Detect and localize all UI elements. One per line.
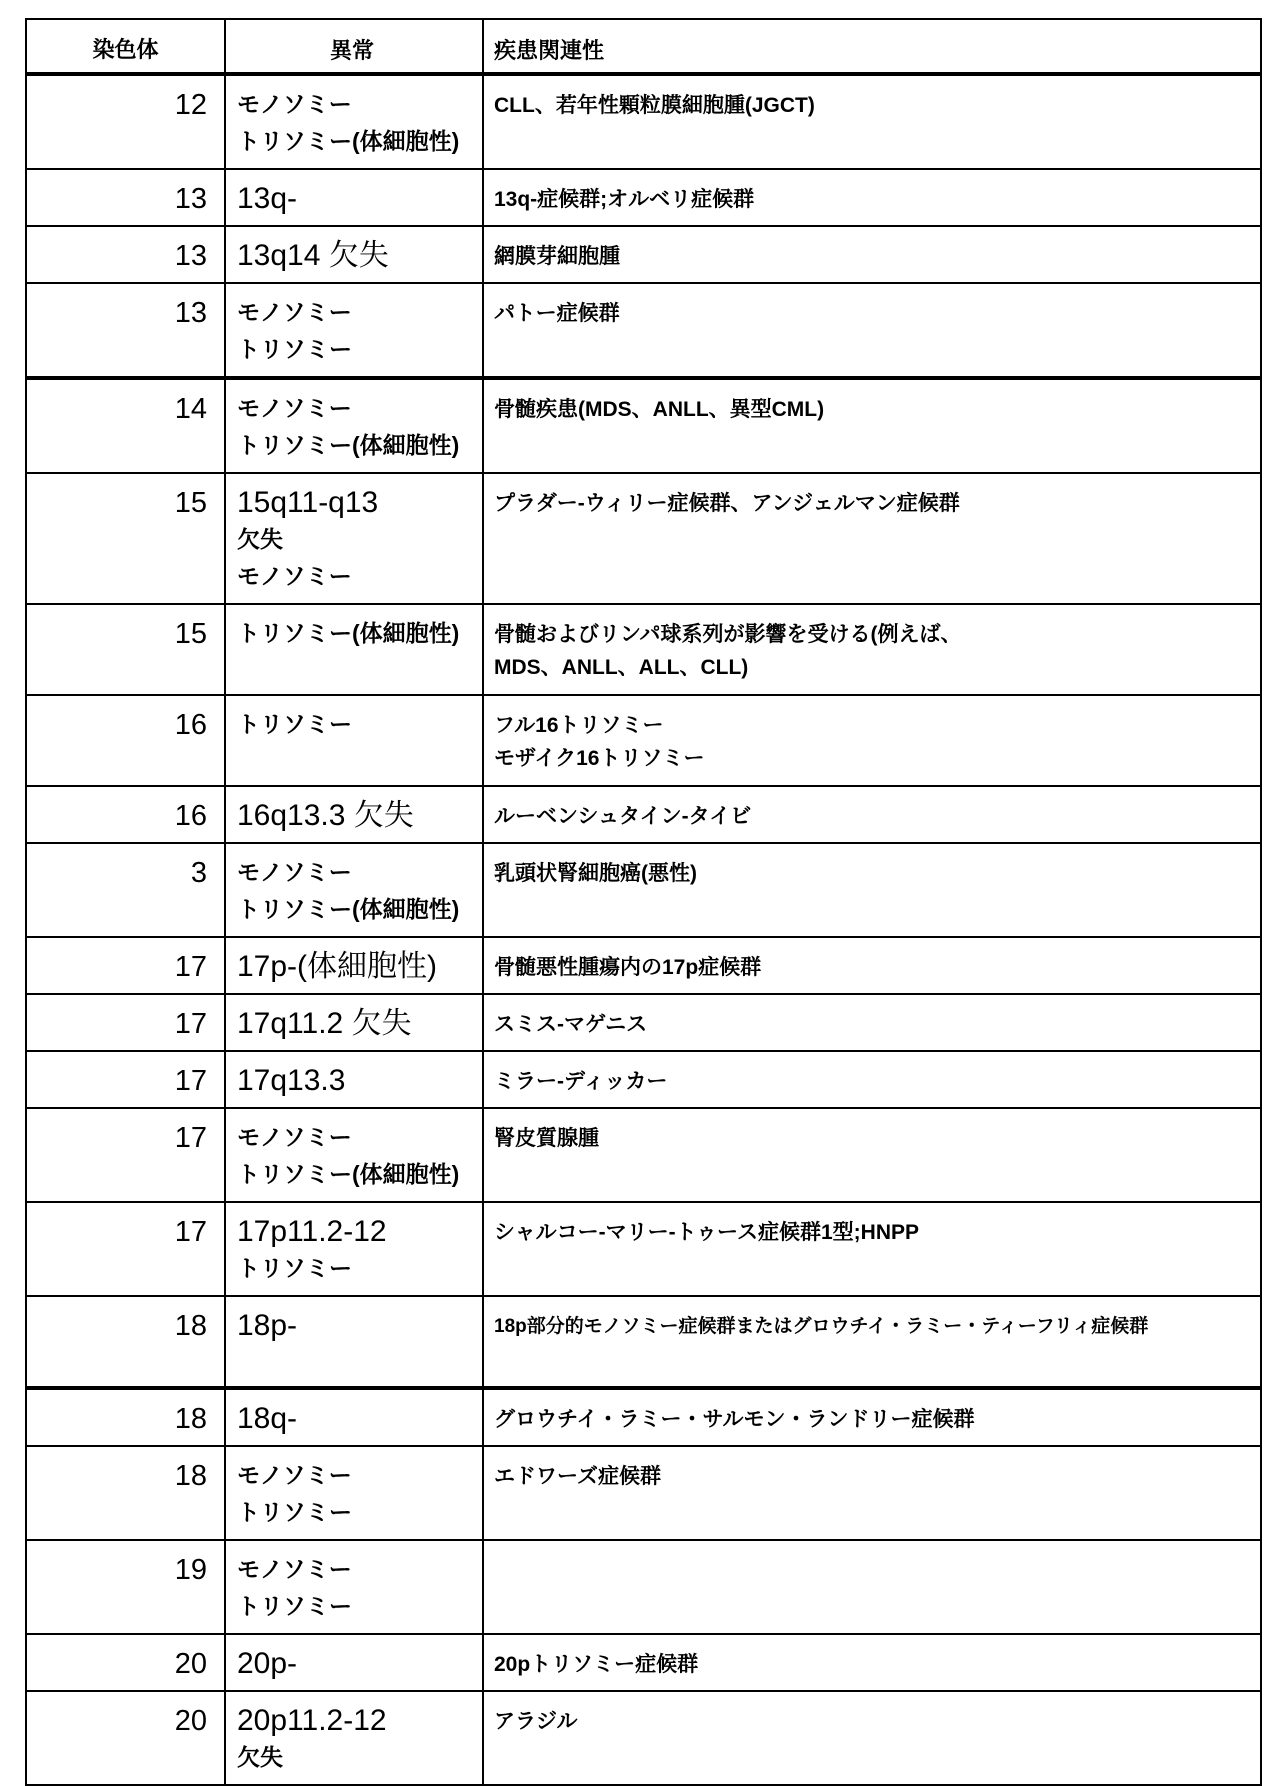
disease-line: 乳頭状腎細胞癌(悪性)	[494, 857, 1256, 890]
disease-cell: パトー症候群	[482, 284, 1260, 376]
chromosome-cell: 18	[27, 1297, 224, 1386]
abnormality-line: 20p-	[237, 1645, 478, 1682]
disease-cell: 20pトリソミー症候群	[482, 1635, 1260, 1690]
table-row: 1717p-(体細胞性)骨髄悪性腫瘍内の17p症候群	[27, 936, 1260, 993]
abnormality-cell: モノソミートリソミー	[224, 1541, 482, 1633]
abnormality-cell: 13q-	[224, 170, 482, 225]
abnormality-line: 15q11-q13	[237, 484, 478, 521]
column-header-abnormality: 異常	[224, 20, 482, 72]
abnormality-line: トリソミー	[237, 1588, 478, 1625]
abnormality-cell: 17p11.2-12トリソミー	[224, 1203, 482, 1295]
abnormality-line: 17p-(体細胞性)	[237, 948, 478, 985]
disease-cell: シャルコー-マリー-トゥース症候群1型;HNPP	[482, 1203, 1260, 1295]
disease-line: ミラー-ディッカー	[494, 1065, 1256, 1098]
disease-line: MDS、ANLL、ALL、CLL)	[494, 651, 1256, 684]
chromosome-cell: 17	[27, 1109, 224, 1201]
disease-line: スミス-マゲニス	[494, 1008, 1256, 1041]
disease-cell: 骨髄疾患(MDS、ANLL、異型CML)	[482, 380, 1260, 472]
chromosome-cell: 18	[27, 1447, 224, 1539]
abnormality-cell: 15q11-q13欠失モノソミー	[224, 474, 482, 603]
abnormality-line: 13q14 欠失	[237, 237, 478, 274]
disease-cell: ミラー-ディッカー	[482, 1052, 1260, 1107]
abnormality-cell: 20p11.2-12欠失	[224, 1692, 482, 1784]
chromosome-cell: 13	[27, 227, 224, 282]
chromosome-cell: 17	[27, 938, 224, 993]
disease-line: 骨髄悪性腫瘍内の17p症候群	[494, 951, 1256, 984]
chromosome-cell: 17	[27, 995, 224, 1050]
abnormality-cell: 18q-	[224, 1390, 482, 1445]
chromosome-cell: 20	[27, 1635, 224, 1690]
abnormality-line: モノソミー	[237, 294, 478, 331]
abnormality-line: 欠失	[237, 521, 478, 558]
abnormality-line: モノソミー	[237, 854, 478, 891]
disease-line: プラダー-ウィリー症候群、アンジェルマン症候群	[494, 487, 1256, 520]
disease-cell: エドワーズ症候群	[482, 1447, 1260, 1539]
disease-cell: 18p部分的モノソミー症候群またはグロウチイ・ラミー・ティーフリィ症候群	[482, 1297, 1260, 1386]
chromosome-cell: 15	[27, 605, 224, 694]
abnormality-cell: 17p-(体細胞性)	[224, 938, 482, 993]
disease-line: 網膜芽細胞腫	[494, 240, 1256, 273]
abnormality-cell: 17q13.3	[224, 1052, 482, 1107]
table-body: 12モノソミートリソミー(体細胞性)CLL、若年性顆粒膜細胞腫(JGCT)131…	[27, 72, 1260, 1784]
abnormality-line: 13q-	[237, 180, 478, 217]
disease-line: CLL、若年性顆粒膜細胞腫(JGCT)	[494, 89, 1256, 122]
chromosome-cell: 17	[27, 1203, 224, 1295]
disease-line: 20pトリソミー症候群	[494, 1648, 1256, 1681]
abnormality-line: モノソミー	[237, 558, 478, 595]
table-row: 1313q14 欠失網膜芽細胞腫	[27, 225, 1260, 282]
abnormality-line: 18p-	[237, 1307, 478, 1344]
disease-line: 18p部分的モノソミー症候群またはグロウチイ・ラミー・ティーフリィ症候群	[494, 1310, 1256, 1343]
table-row: 1818p-18p部分的モノソミー症候群またはグロウチイ・ラミー・ティーフリィ症…	[27, 1295, 1260, 1386]
chromosome-cell: 20	[27, 1692, 224, 1784]
document-page: 染色体 異常 疾患関連性 12モノソミートリソミー(体細胞性)CLL、若年性顆粒…	[0, 0, 1280, 1734]
disease-line: モザイク16トリソミー	[494, 742, 1256, 775]
table-row: 1717q13.3ミラー-ディッカー	[27, 1050, 1260, 1107]
table-row: 1616q13.3 欠失ルーベンシュタイン-タイビ	[27, 785, 1260, 842]
disease-cell: 腎皮質腺腫	[482, 1109, 1260, 1201]
chromosome-cell: 13	[27, 170, 224, 225]
abnormality-cell: モノソミートリソミー(体細胞性)	[224, 844, 482, 936]
disease-cell	[482, 1541, 1260, 1633]
disease-line: エドワーズ症候群	[494, 1460, 1256, 1493]
abnormality-cell: モノソミートリソミー(体細胞性)	[224, 76, 482, 168]
chromosome-cell: 16	[27, 787, 224, 842]
abnormality-cell: トリソミー	[224, 696, 482, 785]
abnormality-line: モノソミー	[237, 1551, 478, 1588]
abnormality-cell: 16q13.3 欠失	[224, 787, 482, 842]
disease-cell: プラダー-ウィリー症候群、アンジェルマン症候群	[482, 474, 1260, 603]
abnormality-line: モノソミー	[237, 1119, 478, 1156]
disease-cell: グロウチイ・ラミー・サルモン・ランドリー症候群	[482, 1390, 1260, 1445]
abnormality-line: トリソミー	[237, 1494, 478, 1531]
disease-line: グロウチイ・ラミー・サルモン・ランドリー症候群	[494, 1403, 1256, 1436]
chromosome-cell: 15	[27, 474, 224, 603]
table-row: 13モノソミートリソミーパトー症候群	[27, 282, 1260, 376]
chromosome-cell: 14	[27, 380, 224, 472]
column-header-chromosome: 染色体	[27, 20, 224, 72]
abnormality-cell: モノソミートリソミー(体細胞性)	[224, 380, 482, 472]
disease-cell: ルーベンシュタイン-タイビ	[482, 787, 1260, 842]
disease-line: パトー症候群	[494, 297, 1256, 330]
disease-line: シャルコー-マリー-トゥース症候群1型;HNPP	[494, 1216, 1256, 1249]
abnormality-cell: モノソミートリソミー	[224, 284, 482, 376]
disease-cell: フル16トリソミーモザイク16トリソミー	[482, 696, 1260, 785]
abnormality-cell: 20p-	[224, 1635, 482, 1690]
table-row: 15トリソミー(体細胞性)骨髄およびリンパ球系列が影響を受ける(例えば、MDS、…	[27, 603, 1260, 694]
abnormality-cell: 13q14 欠失	[224, 227, 482, 282]
table-row: 1313q-13q-症候群;オルベリ症候群	[27, 168, 1260, 225]
abnormality-line: トリソミー(体細胞性)	[237, 615, 478, 652]
chromosome-cell: 12	[27, 76, 224, 168]
table-row: 17モノソミートリソミー(体細胞性)腎皮質腺腫	[27, 1107, 1260, 1201]
chromosome-cell: 13	[27, 284, 224, 376]
table-row: 2020p-20pトリソミー症候群	[27, 1633, 1260, 1690]
disease-cell: 骨髄悪性腫瘍内の17p症候群	[482, 938, 1260, 993]
disease-cell: スミス-マゲニス	[482, 995, 1260, 1050]
abnormality-line: トリソミー(体細胞性)	[237, 427, 478, 464]
chromosome-abnormality-table: 染色体 異常 疾患関連性 12モノソミートリソミー(体細胞性)CLL、若年性顆粒…	[25, 18, 1262, 1786]
abnormality-cell: モノソミートリソミー	[224, 1447, 482, 1539]
abnormality-cell: モノソミートリソミー(体細胞性)	[224, 1109, 482, 1201]
abnormality-line: モノソミー	[237, 86, 478, 123]
table-row: 18モノソミートリソミーエドワーズ症候群	[27, 1445, 1260, 1539]
table-row: 1717p11.2-12トリソミーシャルコー-マリー-トゥース症候群1型;HNP…	[27, 1201, 1260, 1295]
disease-cell: 13q-症候群;オルベリ症候群	[482, 170, 1260, 225]
abnormality-line: 17p11.2-12	[237, 1213, 478, 1250]
table-header-row: 染色体 異常 疾患関連性	[27, 20, 1260, 72]
chromosome-cell: 18	[27, 1390, 224, 1445]
abnormality-cell: 18p-	[224, 1297, 482, 1386]
abnormality-line: 欠失	[237, 1739, 478, 1776]
disease-line: 骨髄およびリンパ球系列が影響を受ける(例えば、	[494, 618, 1256, 651]
table-row: 1717q11.2 欠失スミス-マゲニス	[27, 993, 1260, 1050]
table-row: 3モノソミートリソミー(体細胞性)乳頭状腎細胞癌(悪性)	[27, 842, 1260, 936]
table-row: 12モノソミートリソミー(体細胞性)CLL、若年性顆粒膜細胞腫(JGCT)	[27, 72, 1260, 168]
abnormality-line: トリソミー	[237, 331, 478, 368]
abnormality-line: トリソミー	[237, 1250, 478, 1287]
abnormality-line: モノソミー	[237, 1457, 478, 1494]
disease-cell: 乳頭状腎細胞癌(悪性)	[482, 844, 1260, 936]
chromosome-cell: 19	[27, 1541, 224, 1633]
table-row: 16トリソミーフル16トリソミーモザイク16トリソミー	[27, 694, 1260, 785]
abnormality-line: トリソミー(体細胞性)	[237, 891, 478, 928]
table-row: 1515q11-q13欠失モノソミープラダー-ウィリー症候群、アンジェルマン症候…	[27, 472, 1260, 603]
disease-line: 13q-症候群;オルベリ症候群	[494, 183, 1256, 216]
column-header-disease-association: 疾患関連性	[482, 20, 1260, 72]
abnormality-line: 16q13.3 欠失	[237, 797, 478, 834]
disease-line: 骨髄疾患(MDS、ANLL、異型CML)	[494, 393, 1256, 426]
abnormality-line: トリソミー	[237, 706, 478, 743]
abnormality-line: トリソミー(体細胞性)	[237, 1156, 478, 1193]
abnormality-cell: 17q11.2 欠失	[224, 995, 482, 1050]
abnormality-line: モノソミー	[237, 390, 478, 427]
abnormality-line: トリソミー(体細胞性)	[237, 123, 478, 160]
abnormality-line: 17q11.2 欠失	[237, 1005, 478, 1042]
disease-cell: アラジル	[482, 1692, 1260, 1784]
disease-cell: 骨髄およびリンパ球系列が影響を受ける(例えば、MDS、ANLL、ALL、CLL)	[482, 605, 1260, 694]
table-row: 14モノソミートリソミー(体細胞性)骨髄疾患(MDS、ANLL、異型CML)	[27, 376, 1260, 472]
disease-line: ルーベンシュタイン-タイビ	[494, 800, 1256, 833]
disease-cell: 網膜芽細胞腫	[482, 227, 1260, 282]
chromosome-cell: 3	[27, 844, 224, 936]
disease-line: アラジル	[494, 1705, 1256, 1738]
abnormality-line: 17q13.3	[237, 1062, 478, 1099]
abnormality-line: 20p11.2-12	[237, 1702, 478, 1739]
chromosome-cell: 17	[27, 1052, 224, 1107]
disease-line: 腎皮質腺腫	[494, 1122, 1256, 1155]
disease-cell: CLL、若年性顆粒膜細胞腫(JGCT)	[482, 76, 1260, 168]
table-row: 2020p11.2-12欠失アラジル	[27, 1690, 1260, 1784]
abnormality-line: 18q-	[237, 1400, 478, 1437]
table-row: 19モノソミートリソミー	[27, 1539, 1260, 1633]
table-row: 1818q-グロウチイ・ラミー・サルモン・ランドリー症候群	[27, 1386, 1260, 1445]
abnormality-cell: トリソミー(体細胞性)	[224, 605, 482, 694]
disease-line: フル16トリソミー	[494, 709, 1256, 742]
chromosome-cell: 16	[27, 696, 224, 785]
